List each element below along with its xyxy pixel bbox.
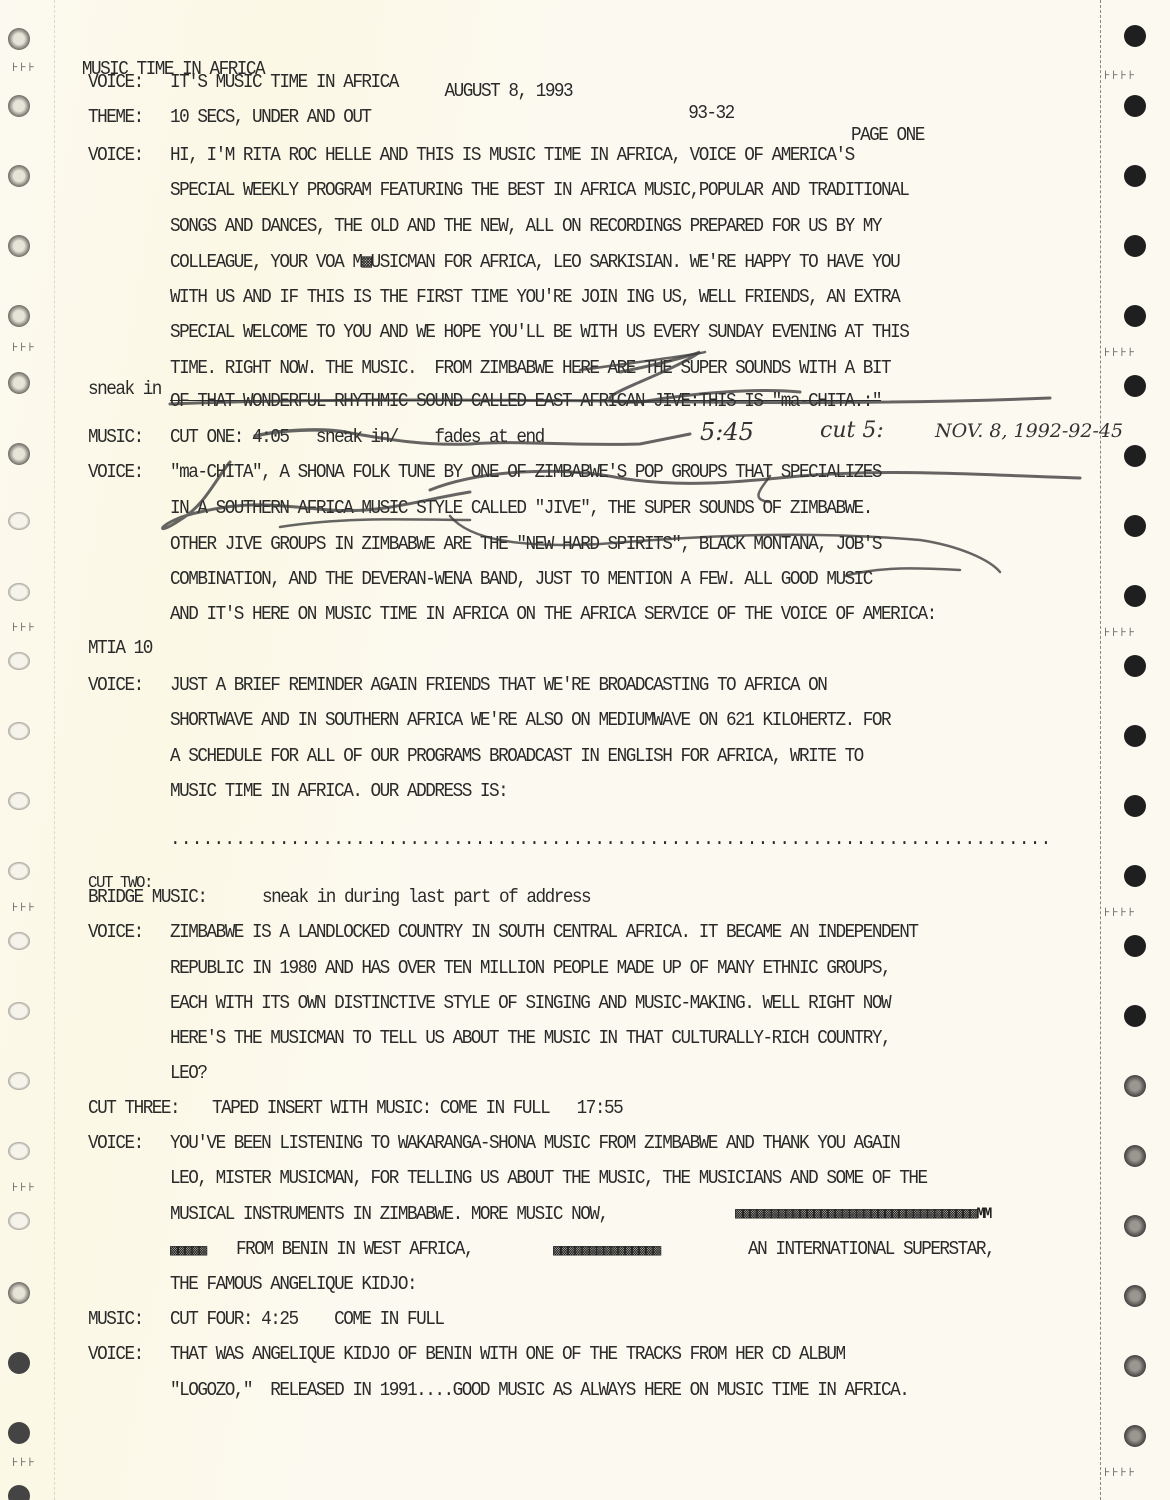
script-line: FROM BENIN IN WEST AFRICA,	[236, 1238, 473, 1260]
tractor-tick-marks: ⊦⊦⊦⊦	[1104, 1465, 1137, 1479]
tractor-hole-icon	[1124, 445, 1146, 467]
script-line: ZIMBABWE IS A LANDLOCKED COUNTRY IN SOUT…	[170, 921, 918, 943]
tractor-tick-marks: ⊦⊦⊦	[12, 620, 37, 634]
script-line: SONGS AND DANCES, THE OLD AND THE NEW, A…	[170, 215, 881, 237]
tractor-hole-icon	[1124, 25, 1146, 47]
tractor-tick-marks: ⊦⊦⊦	[12, 900, 37, 914]
script-line: WITH US AND IF THIS IS THE FIRST TIME YO…	[170, 286, 899, 308]
script-line: OTHER JIVE GROUPS IN ZIMBABWE ARE THE "N…	[170, 533, 881, 555]
script-line: SPECIAL WEEKLY PROGRAM FEATURING THE BES…	[170, 179, 908, 201]
tractor-hole-icon	[8, 932, 30, 950]
script-line: HI, I'M RITA ROC HELLE AND THIS IS MUSIC…	[170, 144, 854, 166]
redacted-text: ▩▩▩▩▩▩▩▩▩▩▩▩▩▩▩	[553, 1240, 659, 1260]
tractor-hole-icon	[1124, 305, 1146, 327]
handwritten-date: NOV. 8, 1992-92-45	[935, 420, 1123, 442]
tractor-hole-icon	[1124, 165, 1146, 187]
redacted-text: ▩▩▩▩▩▩▩▩▩▩▩▩▩▩▩▩▩▩▩▩▩▩▩▩▩▩▩▩▩▩▩▩▩▩MM	[735, 1203, 990, 1223]
tractor-tick-marks: ⊦⊦⊦⊦	[1104, 905, 1137, 919]
script-line: IT'S MUSIC TIME IN AFRICA	[170, 71, 398, 93]
script-line: IN A SOUTHERN AFRICA MUSIC STYLE CALLED …	[170, 497, 872, 519]
episode-number: 93-32	[688, 102, 734, 124]
tractor-tick-marks: ⊦⊦⊦	[12, 1455, 37, 1469]
cue-label: VOICE:	[88, 71, 143, 93]
cue-label: VOICE:	[88, 921, 143, 943]
script-page: ⊦⊦⊦ ⊦⊦⊦ ⊦⊦⊦ ⊦⊦⊦ ⊦⊦⊦ ⊦⊦⊦ ⊦⊦⊦⊦ ⊦⊦⊦⊦ ⊦⊦⊦⊦ ⊦…	[0, 0, 1170, 1500]
tractor-hole-icon	[8, 235, 30, 257]
script-line: AND IT'S HERE ON MUSIC TIME IN AFRICA ON…	[170, 603, 936, 625]
cue-label: BRIDGE MUSIC:	[88, 886, 207, 908]
script-line: SHORTWAVE AND IN SOUTHERN AFRICA WE'RE A…	[170, 709, 890, 731]
tractor-hole-icon	[1124, 585, 1146, 607]
script-line: CUT FOUR: 4:25 COME IN FULL	[170, 1308, 443, 1330]
cue-label: VOICE:	[88, 1132, 143, 1154]
handwritten-time: 5:45	[700, 418, 754, 446]
script-line: "ma-CHITA", A SHONA FOLK TUNE BY ONE OF …	[170, 461, 881, 483]
script-line: LEO, MISTER MUSICMAN, FOR TELLING US ABO…	[170, 1167, 927, 1189]
margin-note: sneak in	[88, 378, 161, 400]
left-perforation	[54, 0, 55, 1500]
script-line: JUST A BRIEF REMINDER AGAIN FRIENDS THAT…	[170, 674, 826, 696]
script-line: REPUBLIC IN 1980 AND HAS OVER TEN MILLIO…	[170, 957, 890, 979]
tractor-hole-icon	[1124, 1075, 1146, 1097]
tractor-hole-icon	[8, 1485, 30, 1500]
tractor-hole-icon	[8, 1352, 30, 1374]
tractor-hole-icon	[1124, 1425, 1146, 1447]
script-line: TIME. RIGHT NOW. THE MUSIC. FROM ZIMBABW…	[170, 357, 890, 379]
script-line: COMBINATION, AND THE DEVERAN-WENA BAND, …	[170, 568, 872, 590]
tractor-hole-icon	[1124, 1285, 1146, 1307]
tractor-hole-icon	[8, 583, 30, 601]
tractor-hole-icon	[8, 1212, 30, 1230]
tractor-hole-icon	[1124, 725, 1146, 747]
tractor-hole-icon	[8, 1002, 30, 1020]
tractor-hole-icon	[1124, 95, 1146, 117]
tractor-hole-icon	[1124, 795, 1146, 817]
tractor-hole-icon	[1124, 935, 1146, 957]
right-perforation	[1100, 0, 1101, 1500]
script-line: sneak in during last part of address	[262, 886, 590, 908]
script-line: 10 SECS, UNDER AND OUT	[170, 106, 371, 128]
script-line: THE FAMOUS ANGELIQUE KIDJO:	[170, 1273, 416, 1295]
cue-label: MUSIC:	[88, 426, 143, 448]
tractor-hole-icon	[8, 165, 30, 187]
tractor-tick-marks: ⊦⊦⊦⊦	[1104, 625, 1137, 639]
script-line: AN INTERNATIONAL SUPERSTAR,	[748, 1238, 994, 1260]
cue-label: CUT THREE:	[88, 1097, 179, 1119]
cue-label: THEME:	[88, 106, 143, 128]
address-placeholder: ........................................…	[170, 828, 1052, 850]
broadcast-date: AUGUST 8, 1993	[445, 80, 573, 102]
cue-label: VOICE:	[88, 144, 143, 166]
tractor-hole-icon	[8, 512, 30, 530]
tractor-hole-icon	[8, 1072, 30, 1090]
cue-label: MTIA 10	[88, 637, 152, 659]
tractor-hole-icon	[1124, 515, 1146, 537]
tractor-hole-icon	[8, 443, 30, 465]
script-line: COLLEAGUE, YOUR VOA M▩USICMAN FOR AFRICA…	[170, 250, 899, 273]
script-line: TAPED INSERT WITH MUSIC: COME IN FULL 17…	[212, 1097, 622, 1119]
script-line: SPECIAL WELCOME TO YOU AND WE HOPE YOU'L…	[170, 321, 908, 343]
tractor-tick-marks: ⊦⊦⊦	[12, 340, 37, 354]
script-line: CUT ONE: 4:05 sneak in/ fades at end	[170, 426, 544, 448]
tractor-tick-marks: ⊦⊦⊦⊦	[1104, 68, 1137, 82]
tractor-hole-icon	[1124, 1005, 1146, 1027]
cue-label: VOICE:	[88, 461, 143, 483]
tractor-hole-icon	[1124, 1215, 1146, 1237]
tractor-hole-icon	[8, 792, 30, 810]
tractor-hole-icon	[8, 862, 30, 880]
script-line: THAT WAS ANGELIQUE KIDJO OF BENIN WITH O…	[170, 1343, 845, 1365]
script-line: "LOGOZO," RELEASED IN 1991....GOOD MUSIC…	[170, 1379, 908, 1401]
tractor-hole-icon	[1124, 865, 1146, 887]
tractor-hole-icon	[1124, 235, 1146, 257]
tractor-hole-icon	[8, 722, 30, 740]
tractor-hole-icon	[8, 1282, 30, 1304]
tractor-hole-icon	[8, 652, 30, 670]
script-line: EACH WITH ITS OWN DISTINCTIVE STYLE OF S…	[170, 992, 890, 1014]
tractor-hole-icon	[8, 1142, 30, 1160]
tractor-hole-icon	[8, 372, 30, 394]
tractor-tick-marks: ⊦⊦⊦	[12, 1180, 37, 1194]
cue-label: VOICE:	[88, 1343, 143, 1365]
script-line: MUSIC TIME IN AFRICA. OUR ADDRESS IS:	[170, 780, 507, 802]
tractor-tick-marks: ⊦⊦⊦⊦	[1104, 345, 1137, 359]
cue-label: VOICE:	[88, 674, 143, 696]
tractor-hole-icon	[1124, 655, 1146, 677]
tractor-hole-icon	[1124, 375, 1146, 397]
script-line: HERE'S THE MUSICMAN TO TELL US ABOUT THE…	[170, 1027, 890, 1049]
script-line: MUSICAL INSTRUMENTS IN ZIMBABWE. MORE MU…	[170, 1203, 608, 1225]
redacted-text: ▩▩▩▩▩	[170, 1240, 205, 1260]
script-line-struck: OF THAT WONDERFUL RHYTHMIC SOUND CALLED …	[170, 390, 881, 412]
tractor-hole-icon	[8, 1422, 30, 1444]
page-number: PAGE ONE	[851, 124, 924, 146]
tractor-hole-icon	[1124, 1145, 1146, 1167]
tractor-hole-icon	[8, 305, 30, 327]
cue-label: MUSIC:	[88, 1308, 143, 1330]
script-line: A SCHEDULE FOR ALL OF OUR PROGRAMS BROAD…	[170, 745, 863, 767]
script-line: LEO?	[170, 1062, 206, 1084]
script-line: YOU'VE BEEN LISTENING TO WAKARANGA-SHONA…	[170, 1132, 899, 1154]
handwritten-cut: cut 5:	[820, 418, 884, 443]
tractor-hole-icon	[1124, 1355, 1146, 1377]
